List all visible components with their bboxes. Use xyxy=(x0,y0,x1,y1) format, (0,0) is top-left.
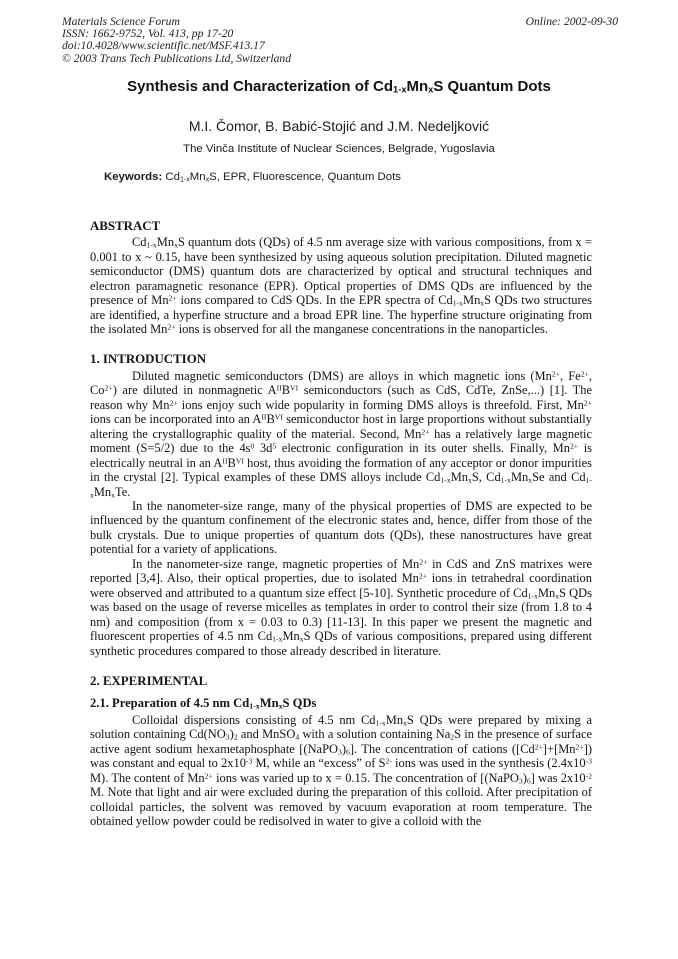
doi-line: doi:10.4028/www.scientific.net/MSF.413.1… xyxy=(62,40,291,52)
online-date: Online: 2002-09-30 xyxy=(526,16,618,28)
introduction-paragraph-2: In the nanometer-size range, many of the… xyxy=(90,499,592,557)
keywords-label: Keywords: xyxy=(104,171,162,183)
experimental-subheading: 2.1. Preparation of 4.5 nm Cd1-xMnxS QDs xyxy=(90,696,592,710)
publication-header: Materials Science Forum ISSN: 1662-9752,… xyxy=(0,0,678,65)
experimental-heading: 2. EXPERIMENTAL xyxy=(90,674,592,688)
paper-body: ABSTRACT Cd1-xMnxS quantum dots (QDs) of… xyxy=(90,219,592,829)
introduction-paragraph-1: Diluted magnetic semiconductors (DMS) ar… xyxy=(90,369,592,499)
experimental-paragraph-1: Colloidal dispersions consisting of 4.5 … xyxy=(90,713,592,829)
abstract-heading: ABSTRACT xyxy=(90,219,592,233)
paper-title: Synthesis and Characterization of Cd1-xM… xyxy=(40,78,638,95)
abstract-paragraph: Cd1-xMnxS quantum dots (QDs) of 4.5 nm a… xyxy=(90,235,592,336)
copyright-line: © 2003 Trans Tech Publications Ltd, Swit… xyxy=(62,53,291,65)
introduction-heading: 1. INTRODUCTION xyxy=(90,352,592,366)
introduction-paragraph-3: In the nanometer-size range, magnetic pr… xyxy=(90,557,592,658)
authors-line: M.I. Čomor, B. Babić-Stojić and J.M. Ned… xyxy=(0,118,678,134)
affiliation-line: The Vinča Institute of Nuclear Sciences,… xyxy=(0,143,678,155)
keywords-text: Cd1-xMnxS, EPR, Fluorescence, Quantum Do… xyxy=(162,171,401,183)
keywords-line: Keywords: Cd1-xMnxS, EPR, Fluorescence, … xyxy=(104,171,590,183)
paper-page: Materials Science Forum ISSN: 1662-9752,… xyxy=(0,0,678,959)
publication-info: Materials Science Forum ISSN: 1662-9752,… xyxy=(62,16,291,65)
